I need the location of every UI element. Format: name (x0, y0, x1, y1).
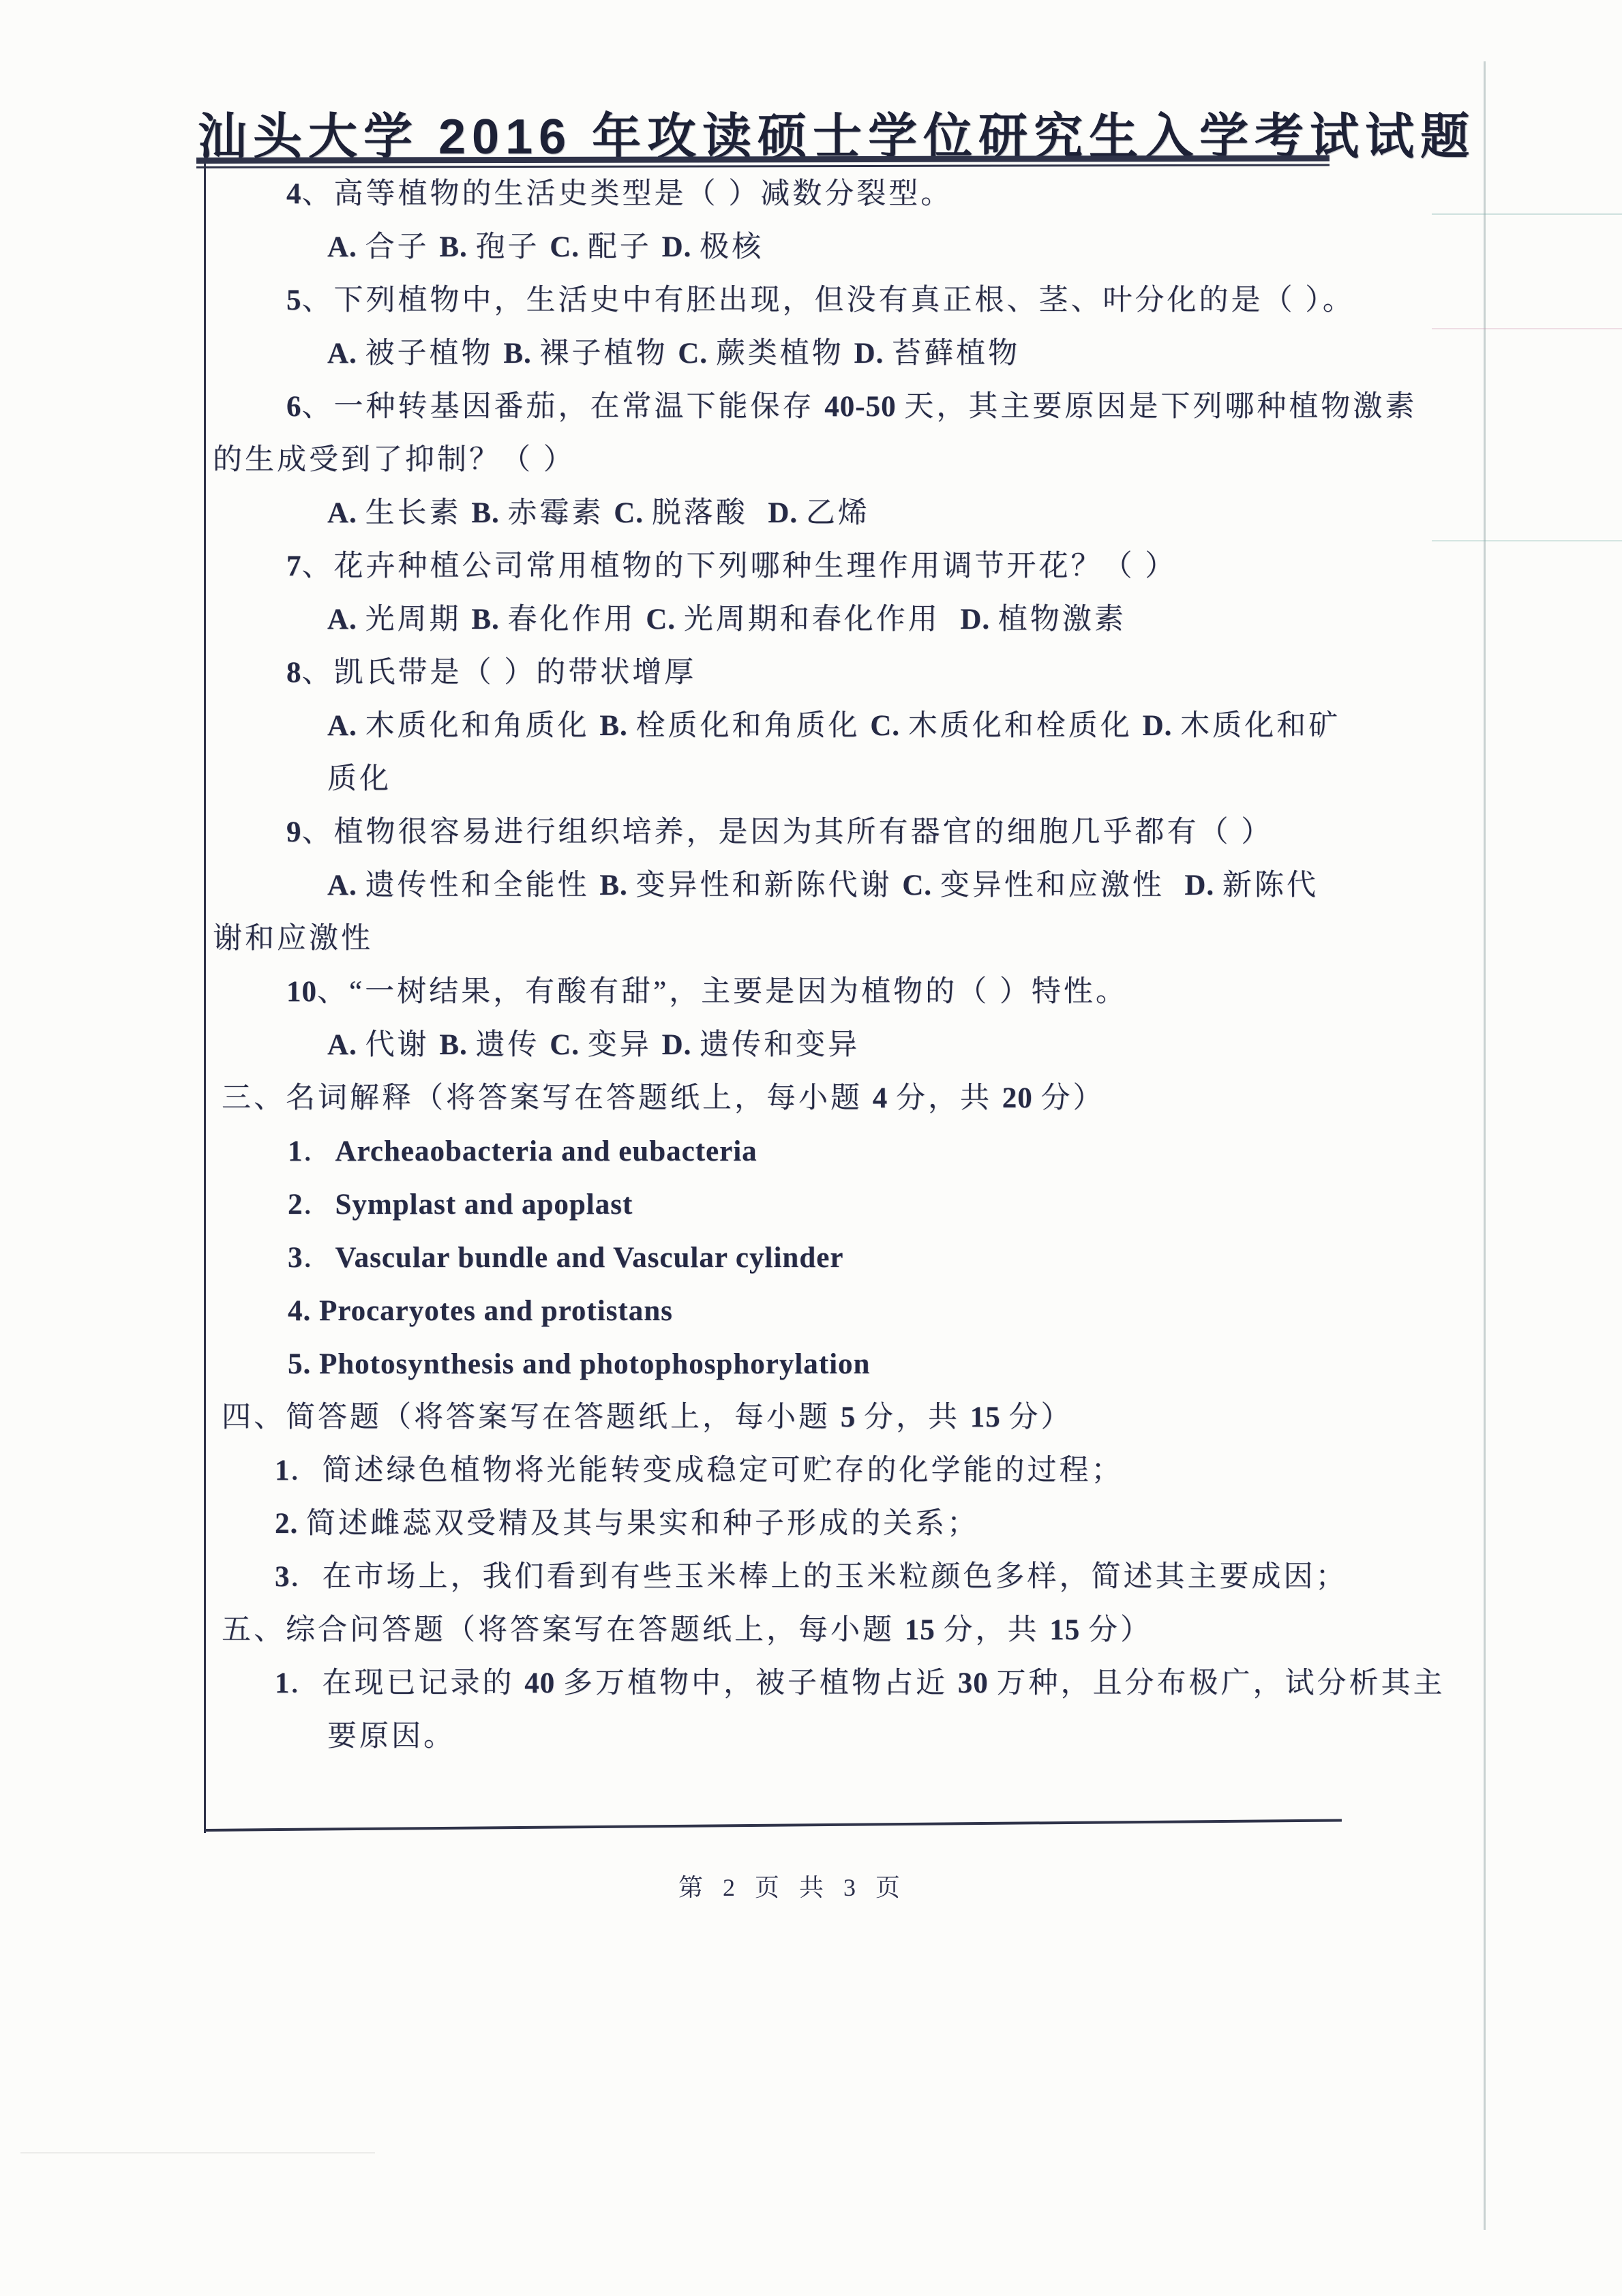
exam-line: 7、花卉种植公司常用植物的下列哪种生理作用调节开花？（ ） (0, 540, 1622, 593)
exam-line: A. 遗传性和全能性 B. 变异性和新陈代谢 C. 变异性和应激性 D. 新陈代 (0, 859, 1622, 912)
exam-line: 3．Vascular bundle and Vascular cylinder (0, 1232, 1622, 1285)
exam-line: A. 代谢 B. 遗传 C. 变异 D. 遗传和变异 (0, 1019, 1622, 1072)
exam-line: 1．在现已记录的 40 多万植物中，被子植物占近 30 万种，且分布极广，试分析… (0, 1657, 1622, 1710)
exam-line: 8、凯氏带是（ ）的带状增厚 (0, 646, 1622, 700)
exam-line: 2. 简述雌蕊双受精及其与果实和种子形成的关系； (0, 1497, 1622, 1551)
exam-line: 的生成受到了抑制？（ ） (0, 434, 1622, 487)
exam-line: 4. Procaryotes and protistans (0, 1285, 1622, 1338)
exam-line: A. 生长素 B. 赤霉素 C. 脱落酸 D. 乙烯 (0, 487, 1622, 540)
exam-line: A. 木质化和角质化 B. 栓质化和角质化 C. 木质化和栓质化 D. 木质化和… (0, 700, 1622, 753)
exam-line: A. 合子 B. 孢子 C. 配子 D. 极核 (0, 221, 1622, 274)
frame-bottom-border (205, 1819, 1342, 1832)
exam-line: 9、植物很容易进行组织培养，是因为其所有器官的细胞几乎都有（ ） (0, 806, 1622, 859)
scan-artifact-vertical-line (1484, 61, 1486, 2230)
exam-line: 谢和应激性 (0, 912, 1622, 966)
exam-page: 汕头大学 2016 年攻读硕士学位研究生入学考试试题 4、高等植物的生活史类型是… (0, 0, 1622, 2296)
exam-line: 5. Photosynthesis and photophosphorylati… (0, 1338, 1622, 1391)
exam-line: 6、一种转基因番茄，在常温下能保存 40-50 天，其主要原因是下列哪种植物激素 (0, 381, 1622, 434)
exam-line: 要原因。 (0, 1710, 1622, 1763)
exam-line: 四、简答题（将答案写在答题纸上，每小题 5 分，共 15 分） (0, 1391, 1622, 1444)
exam-line: 2．Symplast and apoplast (0, 1178, 1622, 1232)
scan-artifact-horizontal-line (20, 2152, 375, 2153)
exam-line: 10、“一树结果，有酸有甜”，主要是因为植物的（ ）特性。 (0, 966, 1622, 1019)
exam-line: 质化 (0, 753, 1622, 806)
scan-artifact-horizontal-line (1432, 213, 1622, 215)
exam-line: 五、综合问答题（将答案写在答题纸上，每小题 15 分，共 15 分） (0, 1604, 1622, 1657)
exam-lines: 4、高等植物的生活史类型是（ ）减数分裂型。A. 合子 B. 孢子 C. 配子 … (0, 168, 1622, 1763)
exam-line: 1．简述绿色植物将光能转变成稳定可贮存的化学能的过程； (0, 1444, 1622, 1497)
scan-artifact-horizontal-line (1432, 540, 1622, 541)
page-number-footer: 第 2 页 共 3 页 (678, 1868, 897, 1903)
exam-line: A. 光周期 B. 春化作用 C. 光周期和春化作用 D. 植物激素 (0, 593, 1622, 646)
exam-line: 5、下列植物中，生活史中有胚出现，但没有真正根、茎、叶分化的是（ ）。 (0, 274, 1622, 327)
scan-artifact-horizontal-line (1432, 328, 1622, 329)
exam-line: 3．在市场上，我们看到有些玉米棒上的玉米粒颜色多样，简述其主要成因； (0, 1551, 1622, 1604)
exam-line: 4、高等植物的生活史类型是（ ）减数分裂型。 (0, 168, 1622, 221)
exam-line: 1．Archeaobacteria and eubacteria (0, 1125, 1622, 1178)
exam-line: 三、名词解释（将答案写在答题纸上，每小题 4 分，共 20 分） (0, 1072, 1622, 1125)
exam-line: A. 被子植物 B. 裸子植物 C. 蕨类植物 D. 苔藓植物 (0, 327, 1622, 381)
